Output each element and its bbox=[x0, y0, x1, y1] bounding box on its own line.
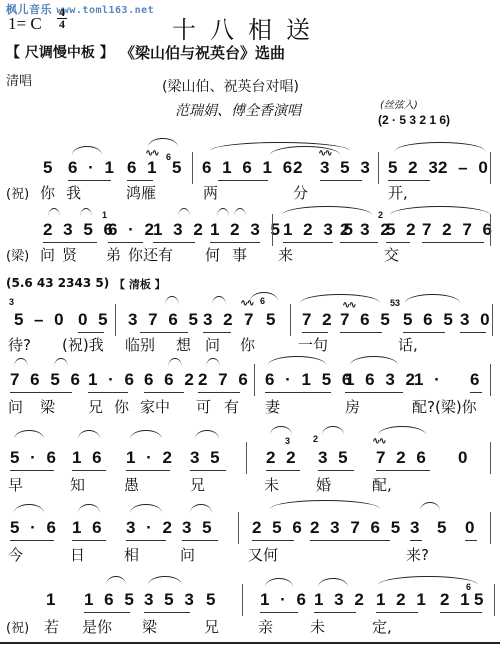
beam bbox=[140, 332, 188, 333]
note-group: 7 bbox=[244, 310, 256, 330]
grace-note: 3 bbox=[285, 436, 290, 446]
slur bbox=[54, 358, 68, 367]
lyric: 问 bbox=[180, 544, 195, 565]
note-group: 1 6 5 bbox=[84, 590, 137, 610]
beam bbox=[260, 612, 298, 613]
beam bbox=[72, 540, 106, 541]
score-row-7: 6 1 1 6 5 3 5 3 5 1 · 6 1 3 2 1 2 1 2 1 … bbox=[0, 568, 500, 646]
note-group: 5 bbox=[43, 158, 55, 178]
note-group: 1 6 bbox=[72, 518, 105, 538]
time-signature: 4 4 bbox=[57, 7, 67, 30]
beam bbox=[153, 242, 195, 243]
slur bbox=[268, 356, 326, 365]
slur bbox=[165, 296, 179, 305]
time-signature-bottom: 4 bbox=[57, 19, 67, 30]
lyric: 配?(梁)你 bbox=[412, 396, 477, 417]
beam bbox=[182, 540, 218, 541]
slur bbox=[250, 292, 278, 301]
beam bbox=[78, 332, 104, 333]
slur bbox=[420, 502, 440, 511]
note-group: 6 1 bbox=[127, 158, 160, 178]
note-group: 2 – 0 bbox=[438, 158, 491, 178]
lyric: 房 bbox=[345, 396, 360, 417]
note-group: 7 2 6 bbox=[376, 448, 429, 468]
lyric: 梁 bbox=[142, 616, 157, 637]
source-opera: 《梁山伯与祝英台》选曲 bbox=[120, 42, 285, 63]
slur bbox=[106, 576, 126, 585]
beam bbox=[302, 332, 328, 333]
note-group: 2 3 5 6 bbox=[43, 220, 116, 240]
note-group: 7 2 7 6 5 bbox=[422, 220, 500, 240]
duet-label: (梁山伯、祝英台对唱) bbox=[162, 76, 299, 96]
note-group: 6 · 1 5 6 bbox=[265, 370, 354, 390]
bar-line bbox=[490, 152, 491, 184]
lyric: 来? bbox=[406, 544, 429, 565]
slur bbox=[168, 358, 182, 367]
beam bbox=[470, 392, 482, 393]
note-group: 2 2 bbox=[266, 448, 299, 468]
slur bbox=[206, 358, 220, 367]
beam bbox=[283, 242, 333, 243]
beam bbox=[460, 332, 486, 333]
note-group: 3 5 bbox=[190, 448, 223, 468]
slur bbox=[405, 294, 460, 303]
bar-line bbox=[115, 304, 116, 336]
grace-note: 1 bbox=[102, 210, 107, 220]
lyric: 贤 bbox=[62, 244, 77, 265]
beam bbox=[340, 242, 378, 243]
note-group: 3 5 bbox=[182, 518, 215, 538]
slur bbox=[80, 208, 92, 217]
tempo-marking: 【 尺调慢中板 】 bbox=[6, 42, 114, 62]
slur bbox=[78, 430, 100, 439]
lyric-role: (梁) bbox=[6, 245, 29, 264]
grace-note: 6 bbox=[166, 152, 171, 162]
beam bbox=[340, 332, 382, 333]
note-group: 3 5 3 bbox=[320, 158, 373, 178]
note-group: 5 bbox=[437, 518, 449, 538]
slur bbox=[178, 208, 190, 217]
beam bbox=[127, 180, 153, 181]
beam bbox=[386, 242, 410, 243]
lyric: 有 bbox=[224, 396, 239, 417]
note-group: 0 bbox=[458, 448, 470, 468]
slur bbox=[148, 138, 178, 147]
note-group: 5 bbox=[474, 590, 486, 610]
note-group: 1 2 1 bbox=[376, 590, 429, 610]
note-group: 3 2 bbox=[203, 310, 236, 330]
note-group: 1 6 3 2 bbox=[345, 370, 418, 390]
note-group: 3 bbox=[410, 518, 422, 538]
beam bbox=[310, 540, 390, 541]
grace-note: 2 bbox=[378, 210, 383, 220]
slur bbox=[14, 358, 28, 367]
slur bbox=[270, 500, 380, 509]
slur bbox=[318, 578, 348, 587]
note-group: 5 · 6 bbox=[10, 518, 59, 538]
bar-line bbox=[492, 304, 493, 336]
note-group: 0 bbox=[465, 518, 477, 538]
bar-line bbox=[290, 304, 291, 336]
beam bbox=[10, 540, 54, 541]
lyric: 又何 bbox=[248, 544, 278, 565]
slur bbox=[378, 576, 478, 585]
note-group: 0 5 bbox=[78, 310, 111, 330]
beam bbox=[203, 332, 231, 333]
lyric: 亲 bbox=[258, 616, 273, 637]
score-row-2: 1 2 2 3 5 6 6 · 2 1 3 2 1 2 3 5 1 2 3 5 … bbox=[0, 200, 500, 270]
note-group: 1 3 2 bbox=[314, 590, 367, 610]
beam bbox=[190, 470, 226, 471]
slur bbox=[14, 504, 44, 513]
beam bbox=[252, 540, 294, 541]
beam bbox=[318, 470, 354, 471]
slur bbox=[282, 206, 372, 215]
note-group: 1 · bbox=[414, 370, 443, 390]
slur bbox=[148, 576, 182, 585]
watermark-url[interactable]: www.toml163.net bbox=[56, 5, 154, 16]
beam bbox=[84, 612, 130, 613]
note-group: 5 bbox=[14, 310, 26, 330]
lyric: 今 bbox=[8, 544, 23, 565]
lyric: 兄 bbox=[88, 396, 103, 417]
note-group: 3 7 6 5 bbox=[128, 310, 201, 330]
note-group: 6 6 2 bbox=[144, 370, 197, 390]
note-group: 3 · 2 bbox=[126, 518, 175, 538]
lyric: 何 bbox=[205, 244, 220, 265]
note-group: 2 1 bbox=[440, 590, 473, 610]
note-group: 6 1 6 1 6 bbox=[202, 158, 295, 178]
beam bbox=[10, 470, 54, 471]
note-group: 5 bbox=[266, 310, 278, 330]
note-group: 5 bbox=[172, 158, 184, 178]
beam bbox=[68, 180, 111, 181]
lyric: 可 bbox=[196, 396, 211, 417]
note-group: 3 5 3 bbox=[144, 590, 197, 610]
lyric: 妻 bbox=[265, 396, 280, 417]
slur bbox=[390, 206, 490, 215]
beam bbox=[314, 612, 356, 613]
lyric: 问 bbox=[40, 244, 55, 265]
note-group: 2 5 6 bbox=[252, 518, 305, 538]
note-group: 5 · 6 bbox=[10, 448, 59, 468]
bar-line bbox=[254, 364, 255, 396]
note-group: 1 · 6 bbox=[88, 370, 137, 390]
note-group: 1 · 2 bbox=[126, 448, 175, 468]
note-group: 2 7 6 bbox=[198, 370, 251, 390]
slur bbox=[14, 430, 44, 439]
note-group: 5 2 bbox=[386, 220, 419, 240]
slur bbox=[322, 426, 344, 435]
bar-line bbox=[238, 512, 239, 544]
lyric: 是你 bbox=[82, 616, 112, 637]
slur bbox=[130, 504, 162, 513]
beam bbox=[210, 242, 260, 243]
score-row-6: 5 · 6 1 6 3 · 2 3 5 2 5 6 2 3 7 6 5 3 5 … bbox=[0, 490, 500, 565]
bar-line bbox=[192, 152, 193, 184]
beam bbox=[10, 392, 72, 393]
lyric: 家中 bbox=[140, 396, 170, 417]
bar-line bbox=[242, 584, 243, 616]
grace-note: 3 bbox=[9, 297, 14, 307]
slur bbox=[234, 208, 246, 217]
note-group: 7 2 bbox=[302, 310, 335, 330]
beam bbox=[218, 180, 268, 181]
beam bbox=[198, 392, 240, 393]
lyric: 你还有 bbox=[128, 244, 173, 265]
slur bbox=[350, 356, 398, 365]
note-group: 1 6 bbox=[72, 448, 105, 468]
slur bbox=[78, 504, 100, 513]
beam bbox=[108, 242, 143, 243]
beam bbox=[465, 540, 477, 541]
lyric: 梁 bbox=[40, 396, 55, 417]
beam bbox=[265, 392, 331, 393]
note-group: 1 · 6 bbox=[260, 590, 309, 610]
score-row-4: 7 6 5 6 1 · 6 6 6 2 2 7 6 6 · 1 5 6 1 6 … bbox=[0, 350, 500, 420]
note-group: 2 bbox=[293, 158, 305, 178]
lyric: 你 bbox=[114, 396, 129, 417]
note-group: – 0 bbox=[34, 310, 67, 330]
bar-line bbox=[490, 442, 491, 474]
note-group: 6 bbox=[470, 370, 482, 390]
intro-phrase: (2 · 5 3 2 1 6) bbox=[378, 113, 450, 127]
lyric: 若 bbox=[44, 616, 59, 637]
beam bbox=[376, 612, 418, 613]
note-group: 5 bbox=[206, 590, 218, 610]
grace-note: 2 bbox=[313, 434, 318, 444]
score-row-3: (5.6 43 2343 5) 【 清板 】 3 ∿∿ 6 ∿∿ 53 5 – … bbox=[0, 272, 500, 347]
slur bbox=[270, 426, 292, 435]
key-signature: 1= C bbox=[8, 14, 42, 34]
note-group: 5 2 3 bbox=[388, 158, 441, 178]
beam bbox=[88, 392, 128, 393]
bar-line bbox=[272, 214, 273, 246]
slur bbox=[212, 296, 226, 305]
bar-line bbox=[246, 442, 247, 474]
score-row-5: 3 2 ∿∿ 5 · 6 1 6 1 · 2 3 5 2 2 3 5 7 2 6… bbox=[0, 420, 500, 490]
beam bbox=[126, 470, 170, 471]
slur bbox=[72, 146, 102, 155]
bar-line bbox=[378, 152, 379, 184]
slur bbox=[395, 142, 485, 151]
score-row-1: ∿∿ 6 ∿∿ 5 6 · 1 6 1 5 6 1 6 1 6 2 3 5 3 … bbox=[0, 130, 500, 200]
song-title: 十八相送 bbox=[172, 10, 324, 45]
lyric: 定, bbox=[372, 616, 392, 637]
note-group: 2 3 2 bbox=[340, 220, 393, 240]
note-group: 1 bbox=[46, 590, 58, 610]
instrument-entry-note: (丝弦入) bbox=[380, 96, 418, 111]
slur bbox=[190, 504, 212, 513]
note-group: 1 3 2 bbox=[153, 220, 206, 240]
note-group: 3 0 bbox=[460, 310, 493, 330]
note-group: 2 3 7 6 5 bbox=[310, 518, 403, 538]
note-group: 5 6 5 bbox=[403, 310, 456, 330]
lyric: 问 bbox=[8, 396, 23, 417]
trill-icon: ∿∿ bbox=[372, 436, 385, 447]
lyric: 交 bbox=[384, 244, 399, 265]
beam bbox=[345, 392, 403, 393]
slur bbox=[300, 294, 380, 303]
bar-line bbox=[494, 584, 495, 616]
slur bbox=[265, 578, 293, 587]
beam bbox=[126, 540, 166, 541]
beam bbox=[43, 242, 97, 243]
section-label: 【 清板 】 bbox=[114, 276, 166, 292]
bar-line bbox=[490, 214, 491, 246]
beam bbox=[440, 612, 482, 613]
beam bbox=[388, 180, 430, 181]
lyric: 相 bbox=[124, 544, 139, 565]
slur bbox=[130, 430, 162, 439]
beam bbox=[144, 392, 184, 393]
slur bbox=[217, 208, 229, 217]
slur bbox=[48, 208, 60, 217]
beam bbox=[422, 242, 484, 243]
note-group: 3 5 bbox=[318, 448, 351, 468]
prelude-phrase: (5.6 43 2343 5) bbox=[6, 276, 109, 290]
beam bbox=[266, 470, 300, 471]
lyric: 日 bbox=[70, 544, 85, 565]
note-group: 6 · 2 bbox=[108, 220, 157, 240]
note-group: 6 · 1 bbox=[68, 158, 117, 178]
beam bbox=[403, 332, 445, 333]
singing-style: 清唱 bbox=[6, 70, 32, 89]
note-group: 7 6 5 bbox=[340, 310, 393, 330]
performers: 范瑞娟、傅全香演唱 bbox=[175, 100, 301, 120]
bar-line bbox=[490, 512, 491, 544]
lyric: 弟 bbox=[106, 244, 121, 265]
beam bbox=[320, 180, 362, 181]
lyric: 事 bbox=[232, 244, 247, 265]
slur bbox=[378, 426, 426, 435]
lyric: 来 bbox=[278, 244, 293, 265]
note-group: 7 6 5 6 bbox=[10, 370, 83, 390]
beam bbox=[144, 612, 190, 613]
lyric: 未 bbox=[310, 616, 325, 637]
beam bbox=[72, 470, 106, 471]
lyric-role: (祝) bbox=[6, 617, 29, 636]
beam bbox=[376, 470, 430, 471]
beam bbox=[410, 540, 422, 541]
lyric: 兄 bbox=[204, 616, 219, 637]
bottom-rule bbox=[0, 642, 500, 644]
bar-line bbox=[490, 364, 491, 396]
slur bbox=[195, 430, 219, 439]
grace-note: 53 bbox=[390, 298, 400, 308]
